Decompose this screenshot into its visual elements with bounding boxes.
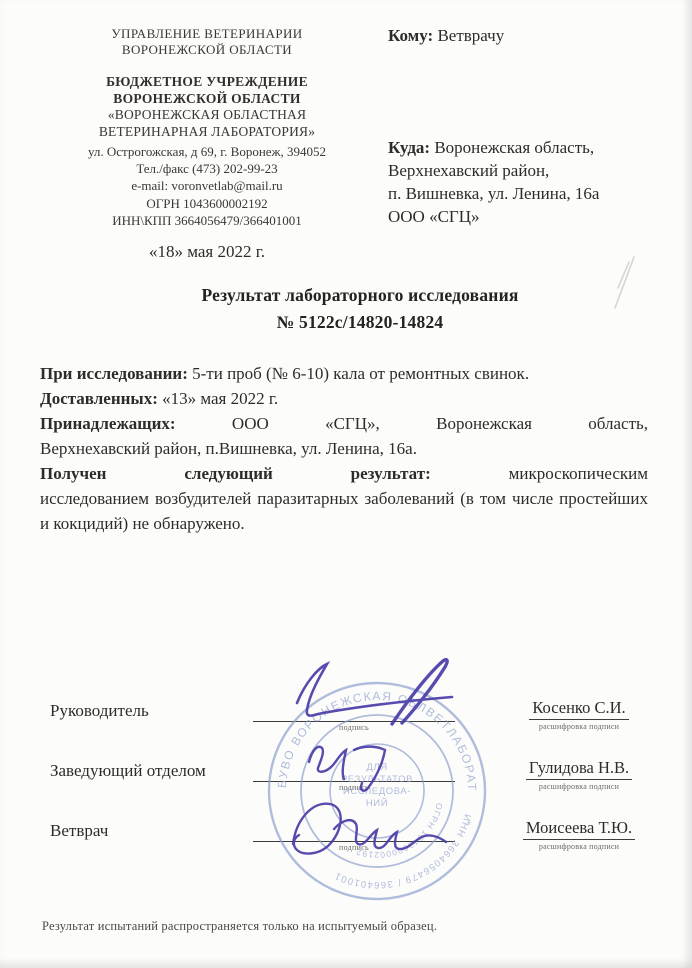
recipient-to-value: Ветврачу <box>437 26 504 45</box>
document-page: УПРАВЛЕНИЕ ВЕТЕРИНАРИИ ВОРОНЕЖСКОЙ ОБЛАС… <box>0 0 692 968</box>
recipient-where-value1: Воронежская область, <box>434 138 594 157</box>
recipient-where-block: Куда: Воронежская область, Верхнехавский… <box>388 136 680 228</box>
department-name-line1: УПРАВЛЕНИЕ ВЕТЕРИНАРИИ <box>52 26 362 42</box>
delivered-value: «13» мая 2022 г. <box>162 389 278 408</box>
recipient-to-line: Кому: Ветврачу <box>388 24 680 47</box>
org-phone: Тел./факс (473) 202-99-23 <box>52 160 362 177</box>
department-name-line2: ВОРОНЕЖСКОЙ ОБЛАСТИ <box>52 42 362 58</box>
delivered-line: Доставленных: «13» мая 2022 г. <box>40 386 648 411</box>
signature-name-caption: расшифровка подписи <box>500 842 658 851</box>
signature-row-head-of-department: Заведующий отделом подпись Гулидова Н.В.… <box>0 758 692 814</box>
signature-line <box>253 758 455 782</box>
recipient-where-line2: Верхнехавский район, <box>388 159 680 182</box>
org-name-line1: БЮДЖЕТНОЕ УЧРЕЖДЕНИЕ <box>52 74 362 91</box>
signature-line <box>253 698 455 722</box>
document-body: При исследовании: 5-ти проб (№ 6-10) кал… <box>40 361 648 536</box>
signature-name-caption: расшифровка подписи <box>500 722 658 731</box>
signature-role: Ветврач <box>50 821 108 841</box>
recipient-block: Кому: Ветврачу Куда: Воронежская область… <box>388 24 680 228</box>
document-title-line1: Результат лабораторного исследования <box>60 282 660 309</box>
signature-name: Моисеева Т.Ю. <box>523 818 635 840</box>
org-address: ул. Острогожская, д 69, г. Воронеж, 3940… <box>52 143 362 160</box>
result-line1: Получен следующий результат: микроскопич… <box>40 461 648 486</box>
document-date: «18» мая 2022 г. <box>52 242 362 262</box>
owner-value-part1: ООО «СГЦ», Воронежская область, <box>232 414 648 433</box>
result-value-part1: микроскопическим <box>509 464 648 483</box>
result-label: Получен следующий результат: <box>40 464 431 483</box>
org-ogrn: ОГРН 1043600002192 <box>52 195 362 212</box>
result-rest: исследованием возбудителей паразитарных … <box>40 486 648 536</box>
scan-edge-right <box>682 0 692 968</box>
letterhead-org-block: УПРАВЛЕНИЕ ВЕТЕРИНАРИИ ВОРОНЕЖСКОЙ ОБЛАС… <box>52 26 362 262</box>
owner-label: Принадлежащих: <box>40 414 176 433</box>
signature-name-caption: расшифровка подписи <box>500 782 658 791</box>
signature-caption: подпись <box>253 723 455 732</box>
recipient-where-line1: Куда: Воронежская область, <box>388 136 680 159</box>
research-value: 5-ти проб (№ 6-10) кала от ремонтных сви… <box>192 364 529 383</box>
owner-line2: Верхнехавский район, п.Вишневка, ул. Лен… <box>40 436 648 461</box>
signature-name: Гулидова Н.В. <box>526 758 632 780</box>
signature-row-veterinarian: Ветврач подпись Моисеева Т.Ю. расшифровк… <box>0 818 692 874</box>
org-inn-kpp: ИНН\КПП 3664056479/366401001 <box>52 212 362 229</box>
recipient-to-label: Кому: <box>388 26 433 45</box>
signature-line <box>253 818 455 842</box>
research-label: При исследовании: <box>40 364 188 383</box>
signature-name: Косенко С.И. <box>529 698 628 720</box>
recipient-where-line4: ООО «СГЦ» <box>388 205 680 228</box>
signature-caption: подпись <box>253 783 455 792</box>
document-title: Результат лабораторного исследования № 5… <box>60 282 660 336</box>
scan-edge-bottom <box>0 958 692 968</box>
owner-line1: Принадлежащих: ООО «СГЦ», Воронежская об… <box>40 411 648 436</box>
org-email: e-mail: voronvetlab@mail.ru <box>52 177 362 194</box>
signature-role: Руководитель <box>50 701 149 721</box>
signature-row-director: Руководитель подпись Косенко С.И. расшиф… <box>0 698 692 754</box>
signature-role: Заведующий отделом <box>50 761 206 781</box>
org-name-line2: ВОРОНЕЖСКОЙ ОБЛАСТИ <box>52 91 362 108</box>
footer-note: Результат испытаний распространяется тол… <box>42 919 437 934</box>
recipient-where-line3: п. Вишневка, ул. Ленина, 16а <box>388 182 680 205</box>
lab-name-line1: «ВОРОНЕЖСКАЯ ОБЛАСТНАЯ <box>52 107 362 124</box>
recipient-where-label: Куда: <box>388 138 430 157</box>
lab-name-line2: ВЕТЕРИНАРНАЯ ЛАБОРАТОРИЯ» <box>52 124 362 141</box>
document-title-number: № 5122с/14820-14824 <box>60 309 660 336</box>
delivered-label: Доставленных: <box>40 389 158 408</box>
research-line: При исследовании: 5-ти проб (№ 6-10) кал… <box>40 361 648 386</box>
signature-caption: подпись <box>253 843 455 852</box>
